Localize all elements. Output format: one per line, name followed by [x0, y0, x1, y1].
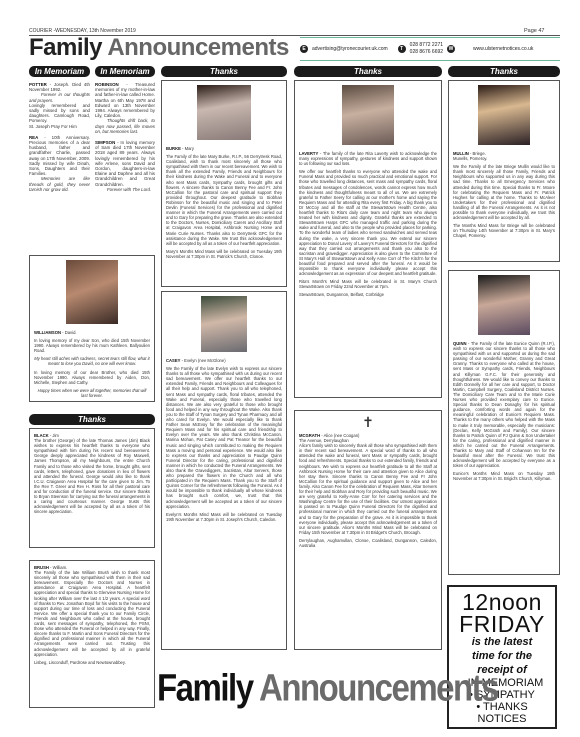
- notice-black: BLACK - Jim The brother (George) of the …: [29, 428, 155, 548]
- photo-laverty: [342, 85, 394, 145]
- page-number: Page 47: [524, 28, 545, 34]
- contact-bar: E advertising@tyronecourier.uk.com T 028…: [300, 37, 560, 61]
- photo-casey: [201, 296, 247, 352]
- notice-brush: BRUSH - William. The Family of the late …: [29, 560, 155, 708]
- notice-casey: CASEY - Evelyn (nee McGlone) We the Fami…: [161, 291, 287, 650]
- title-family: Family: [29, 34, 102, 61]
- photo-quinn: [478, 275, 530, 335]
- page-title: Family Announcements: [29, 34, 289, 62]
- notice-mullin: MULLIN - Briege. Munells, Pomeroy. We th…: [448, 80, 560, 262]
- notice-rea: REA - 10th Anniversary. Precious memorie…: [29, 135, 90, 192]
- phone-1: 028 8772 2271: [410, 42, 443, 49]
- section-header-in-memoriam: In Memoriam: [29, 66, 90, 77]
- section-header-in-memoriam: In Memoriam: [95, 66, 155, 77]
- footer-title: Family Announcements: [157, 666, 498, 710]
- phone-2: 028 8676 6692: [410, 49, 443, 56]
- notice-williamson: WILLIAMSON - David. In loving memory of …: [29, 255, 155, 402]
- cross-icon: ✝: [299, 415, 437, 429]
- notice-potter: POTTER - Joseph. Died 4th November 1992.…: [29, 82, 90, 129]
- title-announcements: Announcements: [107, 34, 289, 61]
- section-header-thanks: Thanks: [448, 66, 560, 77]
- phone-numbers: 028 8772 2271 028 8676 6692: [410, 42, 443, 56]
- section-header-thanks: Thanks: [294, 66, 442, 77]
- website-link[interactable]: www.ulsternetnotices.co.uk: [473, 46, 533, 52]
- in-memoriam-column-1: POTTER - Joseph. Died 4th November 1992.…: [29, 82, 90, 196]
- email-link[interactable]: advertising@tyronecourier.uk.com: [312, 46, 388, 52]
- web-icon: W: [447, 45, 455, 53]
- email-icon: E: [300, 45, 308, 53]
- in-memoriam-column-2: ROBINSON - Treasured memories of my moth…: [95, 82, 155, 196]
- phone-icon: T: [398, 45, 406, 53]
- photo-williamson: [66, 260, 118, 324]
- section-header-thanks: Thanks: [161, 66, 287, 77]
- notice-simpson: SIMPSON - In loving memory of Sam died 1…: [95, 140, 155, 192]
- notice-burke: BURKE - Mary The Family of the late Mary…: [161, 80, 287, 287]
- photo-burke: [197, 85, 251, 140]
- notice-mcgrath: ✝ MCGRATH - Alice (nee Coogan) The Avenu…: [294, 410, 442, 650]
- notice-laverty: LAVERTY - The family of the late Rita La…: [294, 80, 442, 398]
- notice-quinn: QUINN - The Family of the late Eunice Qu…: [448, 270, 560, 575]
- photo-mullin: [478, 85, 530, 145]
- section-header-thanks: Thanks: [29, 414, 155, 425]
- notice-robinson: ROBINSON - Treasured memories of my moth…: [95, 82, 155, 134]
